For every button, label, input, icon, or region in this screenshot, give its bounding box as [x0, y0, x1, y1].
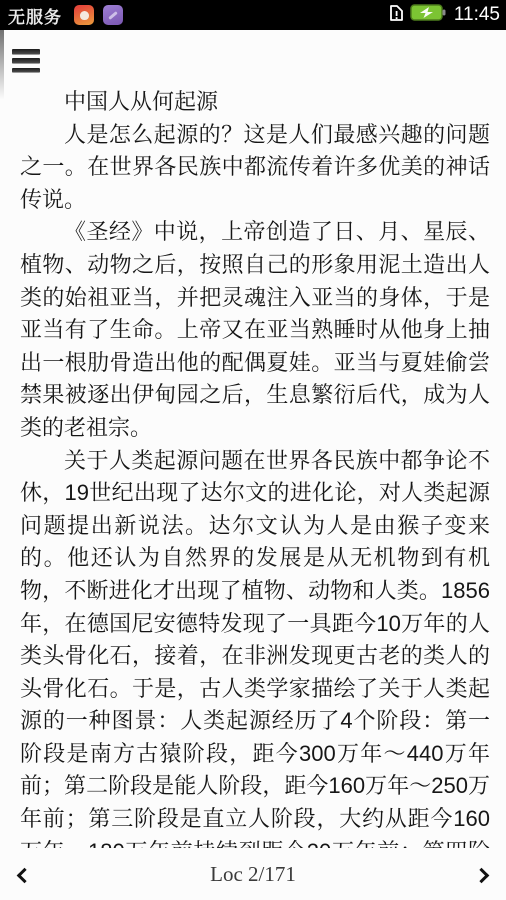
- book-text: 中国人从何起源 人是怎么起源的？这是人们最感兴趣的问题之一。在世界各民族中都流传…: [0, 86, 506, 848]
- hamburger-menu-icon[interactable]: [12, 48, 42, 74]
- purple-app-notification-icon: [103, 5, 123, 25]
- body-paragraph: 《圣经》中说，上帝创造了日、月、星辰、植物、动物之后，按照自己的形象用泥土造出人…: [20, 216, 490, 444]
- clock-label: 11:45: [454, 4, 500, 26]
- body-paragraph: 中国人从何起源: [20, 86, 490, 119]
- reader-page: 中国人从何起源 人是怎么起源的？这是人们最感兴趣的问题之一。在世界各民族中都流传…: [0, 30, 506, 900]
- battery-charging-icon: [410, 3, 446, 27]
- body-paragraph: 人是怎么起源的？这是人们最感兴趣的问题之一。在世界各民族中都流传着许多优美的神话…: [20, 119, 490, 217]
- sim-card-alert-icon: [389, 3, 404, 28]
- body-paragraph: 关于人类起源问题在世界各民族中都争论不休，19世纪出现了达尔文的进化论，对人类起…: [20, 445, 490, 848]
- notification-icons: [74, 5, 123, 25]
- carrier-label: 无服务: [8, 3, 62, 28]
- chevron-right-icon: [474, 867, 490, 883]
- chevron-left-icon: [17, 867, 33, 883]
- next-page-button[interactable]: [462, 850, 506, 900]
- status-bar: 无服务 11:45: [0, 0, 506, 30]
- pagination-bar: Loc 2/171: [0, 850, 506, 900]
- prev-page-button[interactable]: [0, 850, 44, 900]
- location-label: Loc 2/171: [0, 862, 506, 887]
- orange-app-notification-icon: [74, 5, 94, 25]
